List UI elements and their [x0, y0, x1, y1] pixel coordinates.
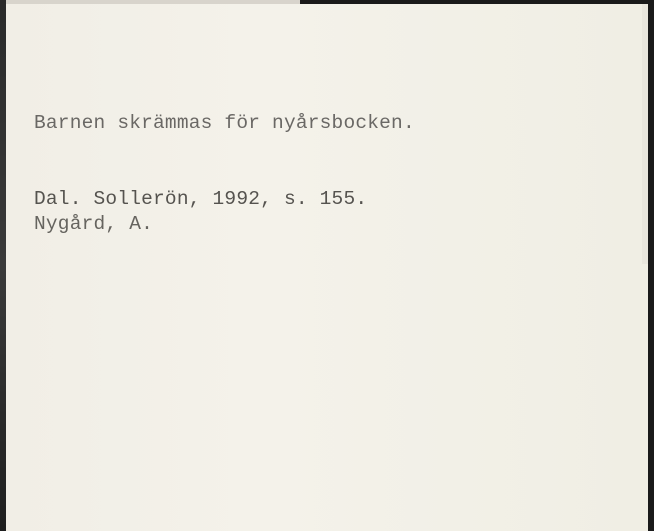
card-title: Barnen skrämmas för nyårsbocken. [34, 114, 415, 134]
card-right-edge-light [642, 4, 648, 264]
card-author: Nygård, A. [34, 215, 153, 235]
card-source: Dal. Sollerön, 1992, s. 155. [34, 190, 367, 210]
index-card [6, 4, 648, 531]
